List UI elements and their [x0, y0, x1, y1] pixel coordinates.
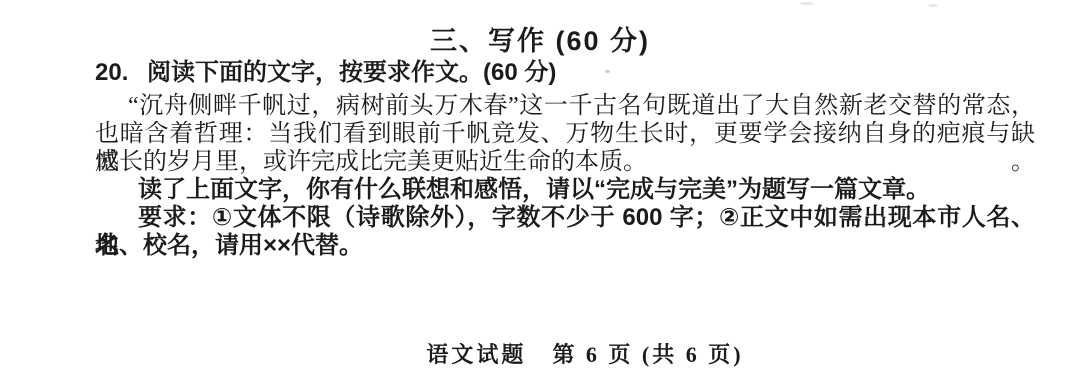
scan-artifact: [928, 4, 938, 7]
footer-text: 语文试题第 6 页 (共 6 页): [426, 338, 743, 369]
scan-artifact: [800, 2, 814, 5]
footer-doc-title: 语文试题: [426, 342, 526, 367]
requirement-line-2: 名、校名，请用××代替。: [95, 232, 1035, 260]
section-title: 三、写作 (60 分): [0, 26, 1080, 56]
scan-artifact: [605, 70, 610, 73]
exam-paper-page: 三、写作 (60 分) 20.阅读下面的文字，按要求作文。(60 分) “沉舟侧…: [0, 0, 1080, 383]
question-prompt: 阅读下面的文字，按要求作文。(60 分): [147, 59, 556, 86]
essay-prompt-line-4: 读了上面文字，你有什么联想和感悟，请以“完成与完美”为题写一篇文章。: [95, 176, 1035, 204]
essay-prompt-line-1: “沉舟侧畔千帆过，病树前头万木春”这一千古名句既道出了大自然新老交替的常态，: [95, 92, 1035, 120]
page-footer: 语文试题第 6 页 (共 6 页): [0, 338, 1080, 369]
essay-prompt-line-2: 也暗含着哲理：当我们看到眼前千帆竞发、万物生长时，更要学会接纳自身的疤痕与缺憾。: [95, 120, 1035, 148]
footer-page-info: 第 6 页 (共 6 页): [552, 342, 743, 367]
question-block: 20.阅读下面的文字，按要求作文。(60 分) “沉舟侧畔千帆过，病树前头万木春…: [95, 58, 1035, 260]
question-number: 20.: [95, 58, 147, 88]
question-line: 20.阅读下面的文字，按要求作文。(60 分): [95, 58, 1035, 92]
requirement-line-1: 要求：①文体不限（诗歌除外），字数不少于 600 字；②正文中如需出现本市人名、…: [95, 204, 1035, 232]
